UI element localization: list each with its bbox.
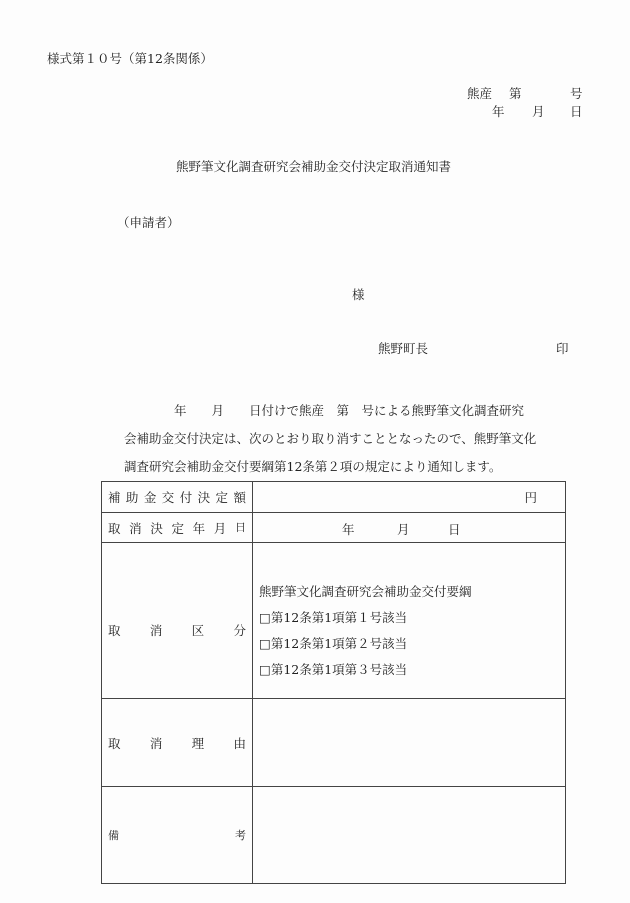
cancellation-table: 補助金交付決定額 円 取消決定年月日 年 月 日 取消区分 熊野筆文化調査研究会… <box>101 481 566 884</box>
cancel-day: 日 <box>448 520 461 538</box>
body-line: 年 月 日付けで熊産 第 号による熊野筆文化調査研究 <box>124 397 544 425</box>
issue-day: 日 <box>570 102 583 120</box>
ref-dai: 第 <box>509 84 522 102</box>
ref-prefix: 熊産 <box>467 84 492 102</box>
label-cancel-date: 取消決定年月日 <box>102 513 253 543</box>
table-row: 補助金交付決定額 円 <box>102 482 566 513</box>
honorific: 様 <box>352 285 365 303</box>
label-cancel-reason: 取消理由 <box>102 699 253 787</box>
cancel-year: 年 <box>342 520 355 538</box>
issuer-name: 熊野町長 <box>378 339 428 357</box>
label-grant-amount: 補助金交付決定額 <box>102 482 253 513</box>
issue-year: 年 <box>492 102 505 120</box>
notice-body: 年 月 日付けで熊産 第 号による熊野筆文化調査研究 会補助金交付決定は、次のと… <box>124 397 544 481</box>
issue-month: 月 <box>532 102 545 120</box>
checkbox-icon[interactable]: □ <box>259 662 271 677</box>
checkbox-icon[interactable]: □ <box>259 636 271 651</box>
table-row: 取消決定年月日 年 月 日 <box>102 513 566 543</box>
checkbox-icon[interactable]: □ <box>259 610 271 625</box>
form-number: 様式第１０号（第12条関係） <box>47 49 213 67</box>
body-line: 会補助金交付決定は、次のとおり取り消すこととなったので、熊野筆文化 <box>124 425 544 453</box>
category-option-1[interactable]: □第12条第1項第１号該当 <box>259 605 565 631</box>
category-option-2[interactable]: □第12条第1項第２号該当 <box>259 631 565 657</box>
table-row: 取消理由 <box>102 699 566 787</box>
cancel-date-field[interactable]: 年 月 日 <box>253 513 566 543</box>
category-heading: 熊野筆文化調査研究会補助金交付要綱 <box>259 579 565 605</box>
grant-amount-field[interactable]: 円 <box>253 482 566 513</box>
category-option-3[interactable]: □第12条第1項第３号該当 <box>259 657 565 683</box>
applicant-label: （申請者） <box>117 213 180 231</box>
body-line: 調査研究会補助金交付要綱第12条第２項の規定により通知します。 <box>124 453 544 481</box>
yen-unit: 円 <box>524 490 537 505</box>
cancel-month: 月 <box>397 520 410 538</box>
document-title: 熊野筆文化調査研究会補助金交付決定取消通知書 <box>176 157 451 175</box>
cancel-reason-field[interactable] <box>253 699 566 787</box>
remarks-field[interactable] <box>253 787 566 884</box>
table-row: 備考 <box>102 787 566 884</box>
label-remarks: 備考 <box>102 787 253 884</box>
label-cancel-category: 取消区分 <box>102 543 253 699</box>
seal-mark: 印 <box>556 339 569 357</box>
cancel-category-field: 熊野筆文化調査研究会補助金交付要綱 □第12条第1項第１号該当 □第12条第1項… <box>253 543 566 699</box>
table-row: 取消区分 熊野筆文化調査研究会補助金交付要綱 □第12条第1項第１号該当 □第1… <box>102 543 566 699</box>
ref-go: 号 <box>570 84 583 102</box>
